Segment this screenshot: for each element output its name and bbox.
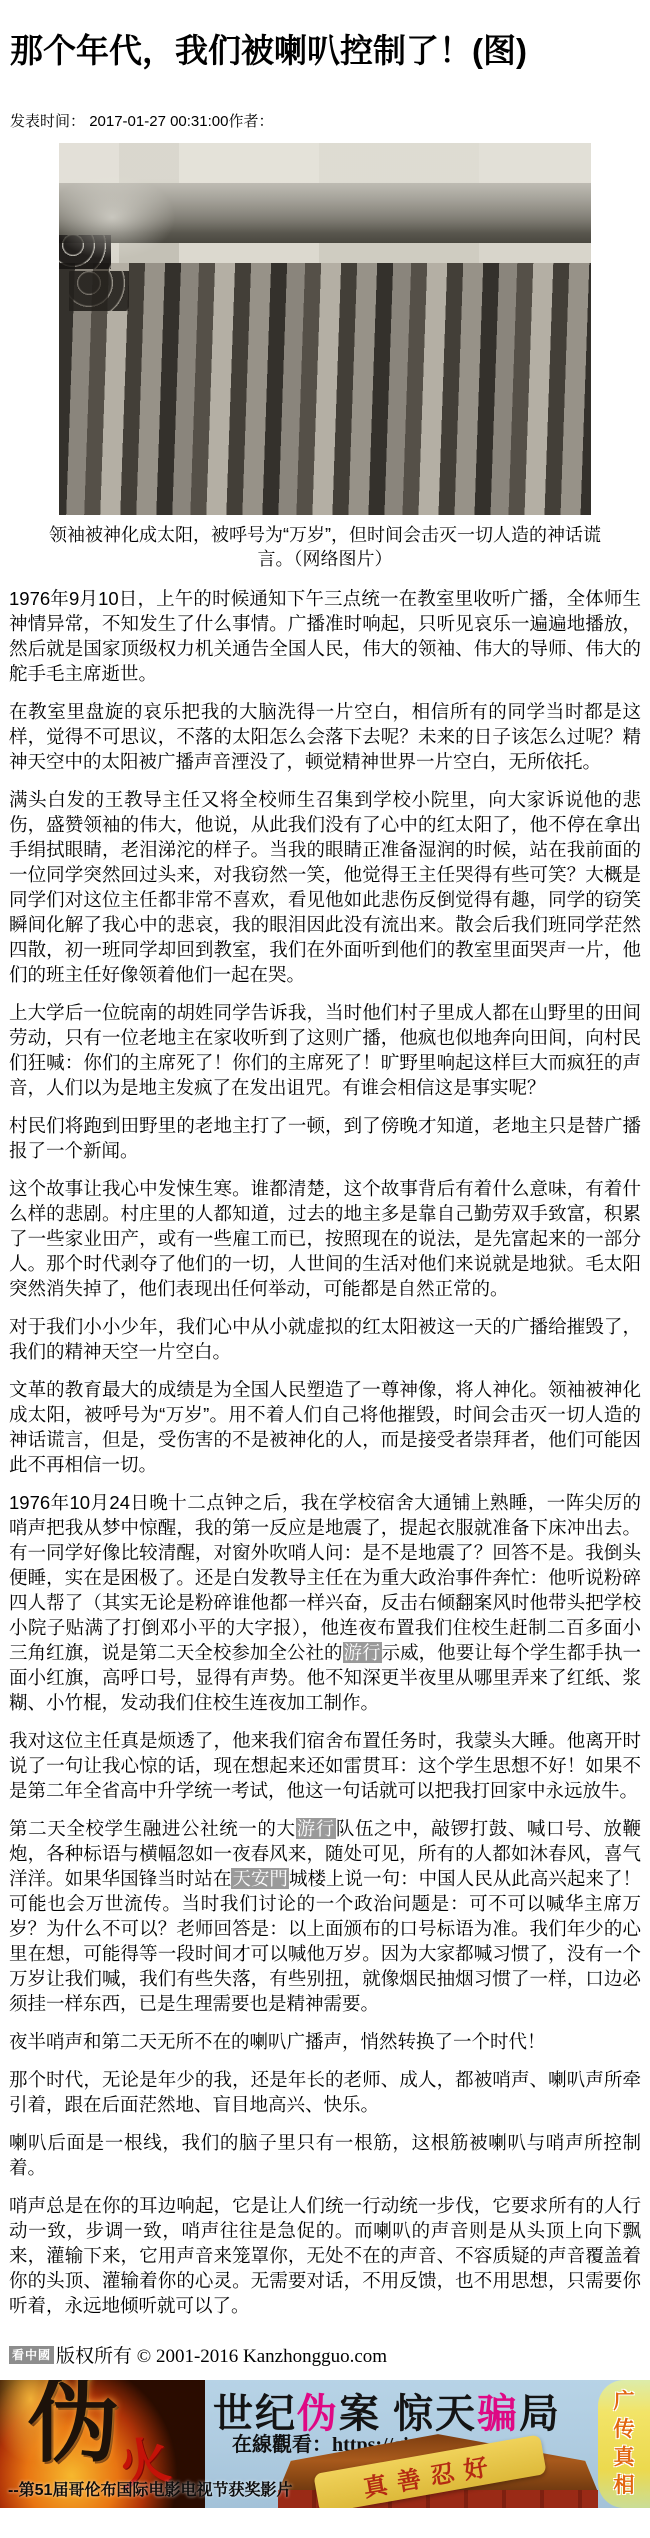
side-vertical-char: 相: [614, 2474, 635, 2498]
article-paragraph: 夜半哨声和第二天无所不在的喇叭广播声，悄然转换了一个时代！: [9, 2029, 641, 2054]
article-paragraph: 文革的教育最大的成绩是为全国人民塑造了一尊神像，将人神化。领袖被神化成太阳，被呼…: [9, 1377, 641, 1477]
headline-char: 局: [519, 2391, 561, 2436]
banner-side-text: 广传真相: [598, 2380, 650, 2508]
author-label: 作者：: [228, 113, 273, 130]
side-vertical-char: 传: [614, 2418, 635, 2442]
article-body: 1976年9月10日，上午的时候通知下午三点统一在教室里收听广播，全体师生神情异…: [0, 586, 650, 2318]
article-paragraph: 村民们将跑到田野里的老地主打了一顿，到了傍晚才知道，老地主只是替广播报了一个新闻…: [9, 1113, 641, 1163]
article-paragraph: 满头白发的王教导主任又将全校师生召集到学校小院里，向大家诉说他的悲伤，盛赞领袖的…: [9, 787, 641, 987]
article-paragraph: 我对这位主任真是烦透了，他来我们宿舍布置任务时，我蒙头大睡。他离开时说了一句让我…: [9, 1728, 641, 1803]
bottom-whitespace: [0, 2508, 650, 2538]
article-paragraph: 1976年10月24日晚十二点钟之后，我在学校宿舍大通铺上熟睡，一阵尖厉的哨声把…: [9, 1490, 641, 1715]
photo-caption: 领袖被神化成太阳，被呼号为“万岁”，但时间会击灭一切人造的神话谎言。（网络图片）: [0, 515, 650, 573]
publish-time-label: 发表时间：: [10, 113, 85, 130]
ad-banner[interactable]: 伪 火 世纪伪案 惊天骗局 在線觀看：https://git.io/88 真善忍…: [0, 2380, 650, 2508]
headline-accent-char: 骗: [477, 2391, 519, 2436]
side-vertical-char: 真: [614, 2446, 635, 2470]
page-title: 那个年代，我们被喇叭控制了！(图): [0, 22, 650, 74]
article-paragraph: 上大学后一位皖南的胡姓同学告诉我，当时他们村子里成人都在山野里的田间劳动，只有一…: [9, 1000, 641, 1100]
highlighted-term: 天安門: [231, 1868, 289, 1889]
banner-award-text: --第51届哥伦布国际电影电视节获奖影片: [8, 2477, 292, 2500]
copyright-text: 版权所有 © 2001-2016 Kanzhongguo.com: [56, 2341, 387, 2368]
article-paragraph: 对于我们小小少年，我们心中从小就虚拟的红太阳被这一天的广播给摧毁了，我们的精神天…: [9, 1314, 641, 1364]
article-photo-wrap: [59, 143, 591, 515]
highlighted-term: 游行: [343, 1642, 382, 1663]
footer: 看中國 版权所有 © 2001-2016 Kanzhongguo.com: [0, 2331, 650, 2374]
article-paragraph: 这个故事让我心中发悚生寒。谁都清楚，这个故事背后有着什么意味，有着什么样的悲剧。…: [9, 1176, 641, 1301]
publish-time-value: 2017-01-27 00:31:00: [89, 113, 228, 130]
article-paragraph: 第二天全校学生融进公社统一的大游行队伍之中，敲锣打鼓、喊口号、放鞭炮，各种标语与…: [9, 1816, 641, 2016]
article-paragraph: 那个时代，无论是年少的我，还是年长的老师、成人，都被哨声、喇叭声所牵引着，跟在后…: [9, 2067, 641, 2117]
side-vertical-char: 广: [614, 2390, 635, 2414]
article-paragraph: 哨声总是在你的耳边响起，它是让人们统一行动统一步伐，它要求所有的人行动一致，步调…: [9, 2193, 641, 2318]
highlighted-term: 游行: [296, 1818, 336, 1839]
publish-meta: 发表时间： 2017-01-27 00:31:00作者：: [0, 96, 650, 137]
article-paragraph: 在教室里盘旋的哀乐把我的大脑洗得一片空白，相信所有的同学当时都是这样，觉得不可思…: [9, 699, 641, 774]
article-paragraph: 1976年9月10日，上午的时候通知下午三点统一在教室里收听广播，全体师生神情异…: [9, 586, 641, 686]
article-page: 那个年代，我们被喇叭控制了！(图) 发表时间： 2017-01-27 00:31…: [0, 22, 650, 2538]
ad-title-char-wei: 伪: [28, 2380, 120, 2468]
watch-label: 在線觀看：: [232, 2434, 332, 2456]
site-logo[interactable]: 看中國: [9, 2346, 54, 2364]
article-paragraph: 喇叭后面是一根线，我们的脑子里只有一根筋，这根筋被喇叭与哨声所控制着。: [9, 2130, 641, 2180]
article-photo: [59, 143, 591, 515]
